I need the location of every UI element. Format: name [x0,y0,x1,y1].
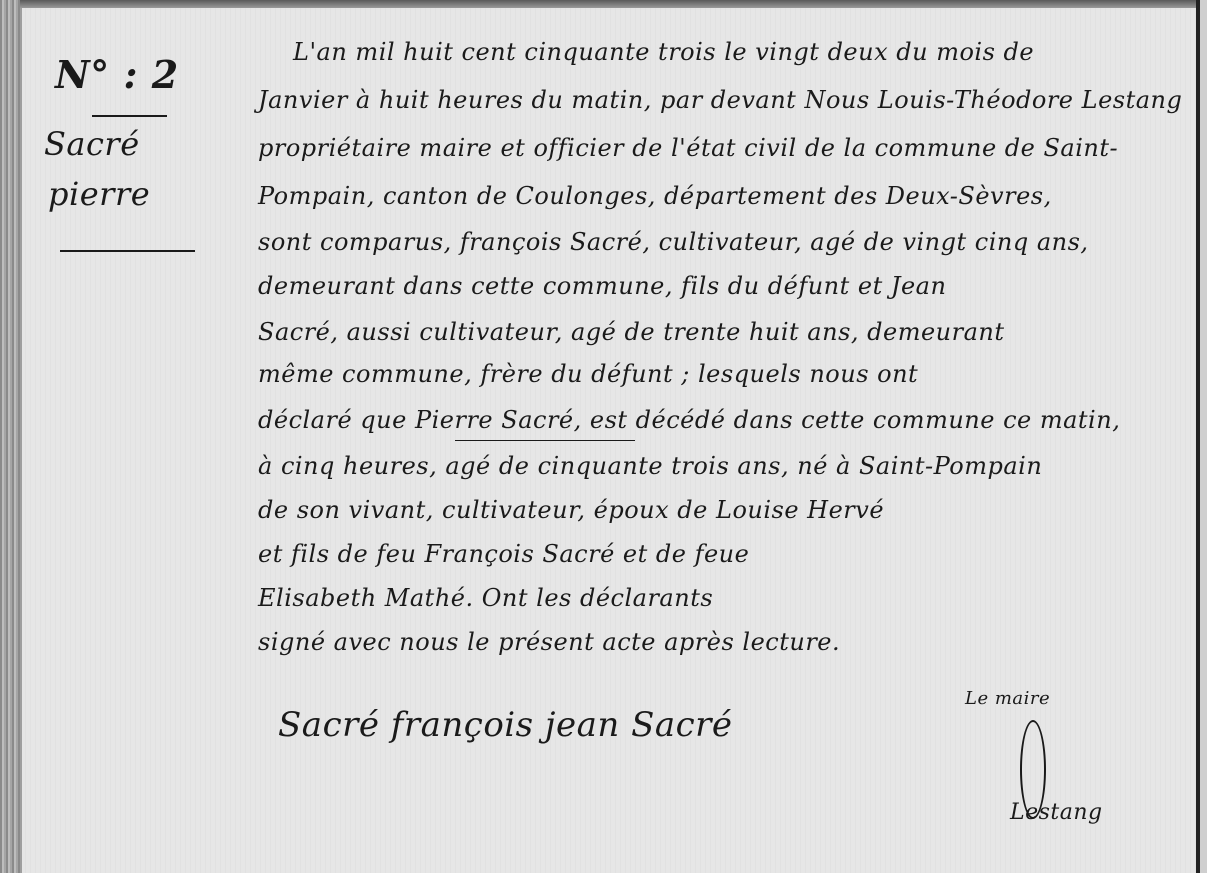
register-page: N° : 2 Sacré pierre L'an mil huit cent c… [0,0,1207,873]
declarant-signatures: Sacré françois jean Sacré [278,705,733,745]
deceased-name-underline [455,440,635,441]
page-top-edge [0,0,1207,8]
margin-underline [92,115,167,117]
text-line: Pompain, canton de Coulonges, départemen… [258,182,1188,210]
mayor-label: Le maire [965,688,1050,709]
text-line: demeurant dans cette commune, fils du dé… [258,272,1188,300]
text-line: même commune, frère du défunt ; lesquels… [258,360,1188,388]
text-line: propriétaire maire et officier de l'état… [258,134,1188,162]
text-line: L'an mil huit cent cinquante trois le vi… [258,38,1188,66]
text-line: sont comparus, françois Sacré, cultivate… [258,228,1188,256]
text-line: Elisabeth Mathé. Ont les déclarants [258,584,1188,612]
margin-given-name: pierre [48,175,150,213]
page-right-background [1200,0,1207,873]
text-line: Sacré, aussi cultivateur, agé de trente … [258,318,1188,346]
text-line: Janvier à huit heures du matin, par deva… [258,86,1188,114]
text-line-deceased: déclaré que Pierre Sacré, est décédé dan… [258,406,1188,434]
text-line: et fils de feu François Sacré et de feue [258,540,1188,568]
text-line: signé avec nous le présent acte après le… [258,628,1188,656]
margin-surname: Sacré [44,125,140,163]
margin-separator [60,250,195,252]
mayor-signature: Lestang [1010,800,1103,825]
act-number: N° : 2 [55,52,179,97]
margin-rule [20,8,22,873]
text-line: à cinq heures, agé de cinquante trois an… [258,452,1188,480]
text-line: de son vivant, cultivateur, époux de Lou… [258,496,1188,524]
book-binding [0,0,20,873]
